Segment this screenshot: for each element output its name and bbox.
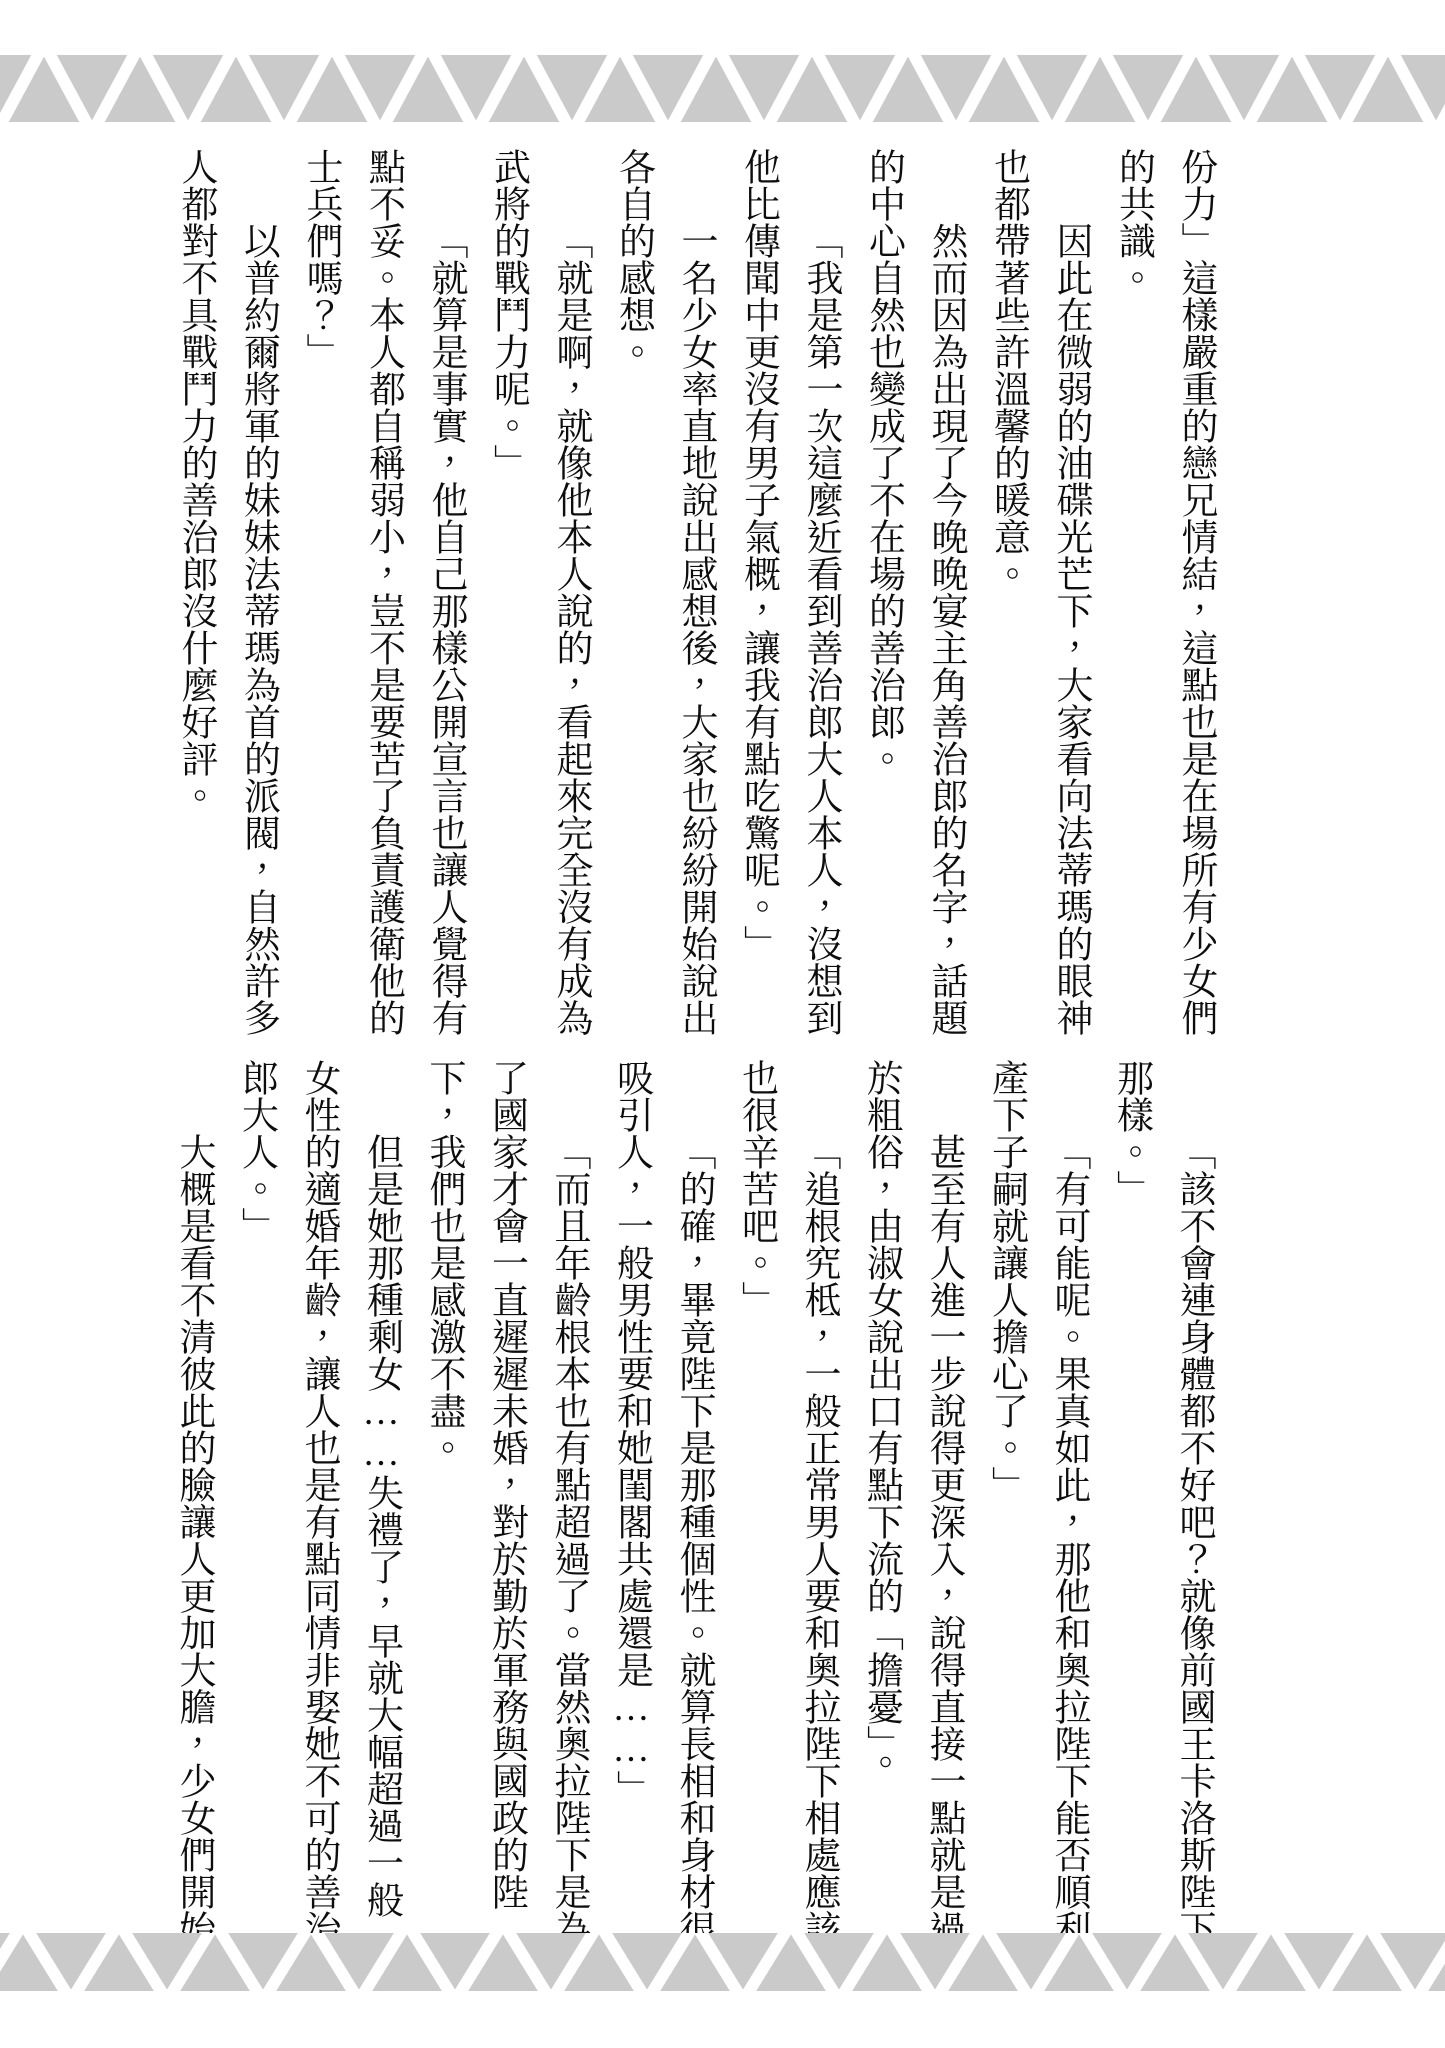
- paragraph: 「追根究柢，一般正常男人要和奧拉陛下相處應該也很辛苦吧。」: [724, 1059, 849, 1947]
- triangle-zigzag-band-bottom-icon: [0, 1933, 1445, 1991]
- text-block-lower: 「該不會連身體都不好吧？就像前國王卡洛斯陛下那樣。」 「有可能呢。果真如此，那他…: [162, 1059, 1225, 1947]
- text-block-upper: 份力」這樣嚴重的戀兄情結，這點也是在場所有少女們的共識。 因此在微弱的油碟光芒下…: [164, 148, 1227, 1036]
- paragraph: 「而且年齡根本也有點超過了。當然奧拉陛下是為了國家才會一直遲遲未婚，對於勤於軍務…: [412, 1059, 600, 1947]
- triangle-zigzag-band-top-icon: [0, 55, 1445, 122]
- paragraph: 「該不會連身體都不好吧？就像前國王卡洛斯陛下那樣。」: [1099, 1059, 1224, 1947]
- paragraph: 大概是看不清彼此的臉讓人更加大膽，少女們開始: [162, 1059, 225, 1947]
- paragraph: 一名少女率直地說出感想後，大家也紛紛開始說出各自的感想。: [601, 148, 726, 1036]
- paragraph: 因此在微弱的油碟光芒下，大家看向法蒂瑪的眼神也都帶著些許溫馨的暖意。: [976, 148, 1101, 1036]
- paragraph: 然而因為出現了今晚晚宴主角善治郎的名字，話題的中心自然也變成了不在場的善治郎。: [851, 148, 976, 1036]
- paragraph: 甚至有人進一步說得更深入，說得直接一點就是過於粗俗，由淑女說出口有點下流的「擔憂…: [849, 1059, 974, 1947]
- paragraph: 以普約爾將軍的妹妹法蒂瑪為首的派閥，自然許多人都對不具戰鬥力的善治郎沒什麼好評。: [164, 148, 289, 1036]
- paragraph: 份力」這樣嚴重的戀兄情結，這點也是在場所有少女們的共識。: [1101, 148, 1226, 1036]
- paragraph: 但是她那種剩女……失禮了，早就大幅超過一般女性的適婚年齡，讓人也是有點同情非娶她…: [224, 1059, 412, 1947]
- paragraph: 「我是第一次這麼近看到善治郎大人本人，沒想到他比傳聞中更沒有男子氣概，讓我有點吃…: [726, 148, 851, 1036]
- paragraph: 「的確，畢竟陛下是那種個性。就算長相和身材很吸引人，一般男性要和她閨閣共處還是……: [599, 1059, 724, 1947]
- paragraph: 「有可能呢。果真如此，那他和奧拉陛下能否順利產下子嗣就讓人擔心了。」: [974, 1059, 1099, 1947]
- paragraph: 「就算是事實，他自己那樣公開宣言也讓人覺得有點不妥。本人都自稱弱小，豈不是要苦了…: [289, 148, 477, 1036]
- book-page: 份力」這樣嚴重的戀兄情結，這點也是在場所有少女們的共識。 因此在微弱的油碟光芒下…: [0, 0, 1445, 2048]
- paragraph: 「就是啊，就像他本人說的，看起來完全沒有成為武將的戰鬥力呢。」: [476, 148, 601, 1036]
